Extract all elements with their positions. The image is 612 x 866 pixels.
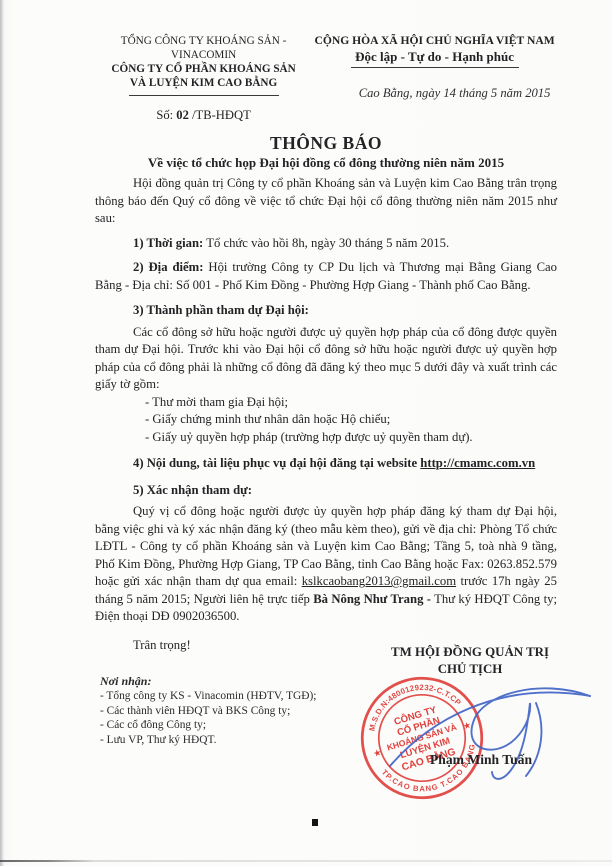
scanned-notice-page: TỔNG CÔNG TY KHOÁNG SẢN - VINACOMIN CÔNG… [0,0,612,866]
section-confirmation-text: Quý vị cổ đông hoặc người được ủy quyền … [95,503,557,626]
bullet-item-id-card: - Giấy chứng minh thư nhân dân hoặc Hộ c… [145,411,557,429]
national-header-block: CỘNG HÒA XÃ HỘI CHỦ NGHĨA VIỆT NAM Độc l… [312,34,557,122]
recipient-item: - Tổng công ty KS - Vinacomin (HĐTV, TGĐ… [100,689,316,704]
issuer-underline [129,95,279,96]
company-name-line2: VÀ LUYỆN KIM CAO BẰNG [95,76,312,90]
parent-org-name: TỔNG CÔNG TY KHOÁNG SẢN - VINACOMIN [95,34,312,62]
section-materials: 4) Nội dung, tài liệu phục vụ đại hội đă… [95,455,557,473]
section-participants-text: Các cổ đông sở hữu hoặc người được uỷ qu… [95,324,557,394]
section-location: 2) Địa điểm: Hội trường Công ty CP Du lị… [95,259,557,294]
section-time-text: Tổ chức vào hồi 8h, ngày 30 tháng 5 năm … [203,236,449,250]
national-motto-line1: CỘNG HÒA XÃ HỘI CHỦ NGHĨA VIỆT NAM [312,34,557,49]
signer-name: Phạm Minh Tuấn [393,752,569,768]
company-name-line1: CÔNG TY CỔ PHẦN KHOÁNG SẢN [95,62,312,76]
place-and-date: Cao Bằng, ngày 14 tháng 5 năm 2015 [312,86,557,101]
bullet-item-authorization: - Giấy uỷ quyền hợp pháp (trường hợp đượ… [145,429,557,447]
national-motto-line2: Độc lập - Tự do - Hạnh phúc [312,49,557,65]
document-subtitle: Về việc tổ chức họp Đại hội đồng cổ đông… [95,155,557,171]
participants-bullet-list: - Thư mời tham gia Đại hội; - Giấy chứng… [145,394,557,447]
signature-org-line: TM HỘI ĐỒNG QUẢN TRỊ [352,644,588,661]
contact-person-name: Bà Nông Như Trang - [313,592,431,606]
recipient-item: - Các thành viên HĐQT và BKS Công ty; [100,704,316,719]
document-number-prefix: Số: [156,108,173,122]
document-number-suffix: /TB-HĐQT [189,108,251,122]
document-number-value: 02 [176,108,189,122]
document-content: TỔNG CÔNG TY KHOÁNG SẢN - VINACOMIN CÔNG… [95,34,557,654]
section-materials-label: 4) Nội dung, tài liệu phục vụ đại hội đă… [133,456,420,470]
recipient-item: - Lưu VP, Thư ký HĐQT. [100,733,316,748]
motto-underline [351,67,519,68]
section-participants-heading: 3) Thành phần tham dự Đại hội: [95,302,557,320]
section-confirmation-heading: 5) Xác nhận tham dự: [95,482,557,500]
intro-paragraph: Hội đồng quản trị Công ty cổ phần Khoáng… [95,175,557,228]
recipient-item: - Các cổ đông Công ty; [100,718,316,733]
recipients-title: Nơi nhận: [100,674,316,689]
recipients-block: Nơi nhận: - Tổng công ty KS - Vinacomin … [100,674,316,748]
issuer-block: TỔNG CÔNG TY KHOÁNG SẢN - VINACOMIN CÔNG… [95,34,312,122]
section-time-label: 1) Thời gian: [133,236,203,250]
handwritten-signature [384,668,600,796]
section-time: 1) Thời gian: Tổ chức vào hồi 8h, ngày 3… [95,235,557,253]
section-location-label: 2) Địa điểm: [133,260,203,274]
website-link[interactable]: http://cmamc.com.vn [420,456,535,470]
scan-registration-mark [312,819,318,826]
bullet-item-invitation: - Thư mời tham gia Đại hội; [145,394,557,412]
signature-block: TM HỘI ĐỒNG QUẢN TRỊ CHỦ TỊCH Nơi nhận: … [0,630,612,866]
document-header: TỔNG CÔNG TY KHOÁNG SẢN - VINACOMIN CÔNG… [95,34,557,122]
document-title: THÔNG BÁO [95,133,557,154]
document-number: Số: 02 /TB-HĐQT [95,108,312,122]
email-link[interactable]: kslkcaobang2013@gmail.com [302,574,456,588]
